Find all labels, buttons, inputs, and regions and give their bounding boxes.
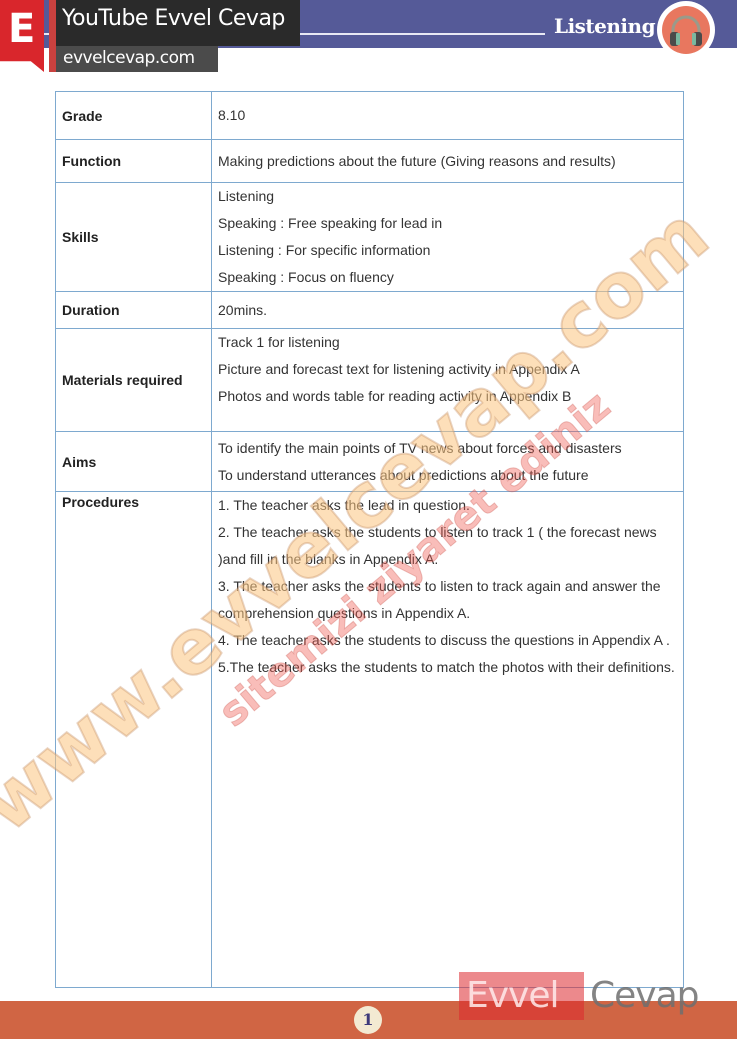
row-value: 8.10 bbox=[212, 92, 684, 140]
value-line: 1. The teacher asks the lead in question… bbox=[218, 492, 677, 519]
table-row: Skills Listening Speaking : Free speakin… bbox=[56, 183, 684, 292]
headphones-icon bbox=[662, 6, 710, 54]
table-row: Procedures 1. The teacher asks the lead … bbox=[56, 492, 684, 988]
value-line: Speaking : Focus on fluency bbox=[218, 264, 677, 291]
value-line: Listening : For specific information bbox=[218, 237, 677, 264]
row-label: Function bbox=[56, 140, 212, 183]
value-line: 3. The teacher asks the students to list… bbox=[218, 573, 677, 627]
value-line: 2. The teacher asks the students to list… bbox=[218, 519, 677, 573]
table-row: Duration 20mins. bbox=[56, 292, 684, 329]
value-line: 4. The teacher asks the students to disc… bbox=[218, 627, 677, 654]
value-line: 8.10 bbox=[218, 102, 677, 129]
youtube-channel-title: YouTube Evvel Cevap bbox=[62, 6, 285, 31]
value-line: 5.The teacher asks the students to match… bbox=[218, 654, 677, 681]
site-url: evvelcevap.com bbox=[63, 48, 195, 68]
section-title: Listening bbox=[554, 14, 655, 38]
row-value: Listening Speaking : Free speaking for l… bbox=[212, 183, 684, 292]
table-row: Grade 8.10 bbox=[56, 92, 684, 140]
row-value: Track 1 for listening Picture and foreca… bbox=[212, 329, 684, 432]
page-number: 1 bbox=[354, 1006, 382, 1034]
table-row: Materials required Track 1 for listening… bbox=[56, 329, 684, 432]
value-line: Picture and forecast text for listening … bbox=[218, 356, 677, 383]
value-line: 20mins. bbox=[218, 297, 677, 324]
value-line: Track 1 for listening bbox=[218, 329, 677, 356]
evvel-logo-badge: E bbox=[0, 0, 44, 72]
row-label: Procedures bbox=[56, 492, 212, 988]
value-line: Photos and words table for reading activ… bbox=[218, 383, 677, 410]
value-line: To understand utterances about predictio… bbox=[218, 462, 677, 489]
row-label: Duration bbox=[56, 292, 212, 329]
value-line: Making predictions about the future (Giv… bbox=[218, 148, 677, 175]
row-label: Aims bbox=[56, 432, 212, 492]
brand-name-cevap: Cevap bbox=[590, 975, 699, 1016]
brand-name-evvel: Evvel bbox=[466, 975, 559, 1016]
table-row: Aims To identify the main points of TV n… bbox=[56, 432, 684, 492]
value-line: Speaking : Free speaking for lead in bbox=[218, 210, 677, 237]
value-line: Listening bbox=[218, 183, 677, 210]
table-row: Function Making predictions about the fu… bbox=[56, 140, 684, 183]
row-value: Making predictions about the future (Giv… bbox=[212, 140, 684, 183]
value-line: To identify the main points of TV news a… bbox=[218, 435, 677, 462]
row-value: To identify the main points of TV news a… bbox=[212, 432, 684, 492]
lesson-plan-table: Grade 8.10 Function Making predictions a… bbox=[55, 91, 684, 988]
row-label: Materials required bbox=[56, 329, 212, 432]
row-value: 1. The teacher asks the lead in question… bbox=[212, 492, 684, 988]
row-value: 20mins. bbox=[212, 292, 684, 329]
row-label: Skills bbox=[56, 183, 212, 292]
logo-letter: E bbox=[8, 6, 35, 52]
row-label: Grade bbox=[56, 92, 212, 140]
badge-stripe bbox=[49, 0, 56, 72]
